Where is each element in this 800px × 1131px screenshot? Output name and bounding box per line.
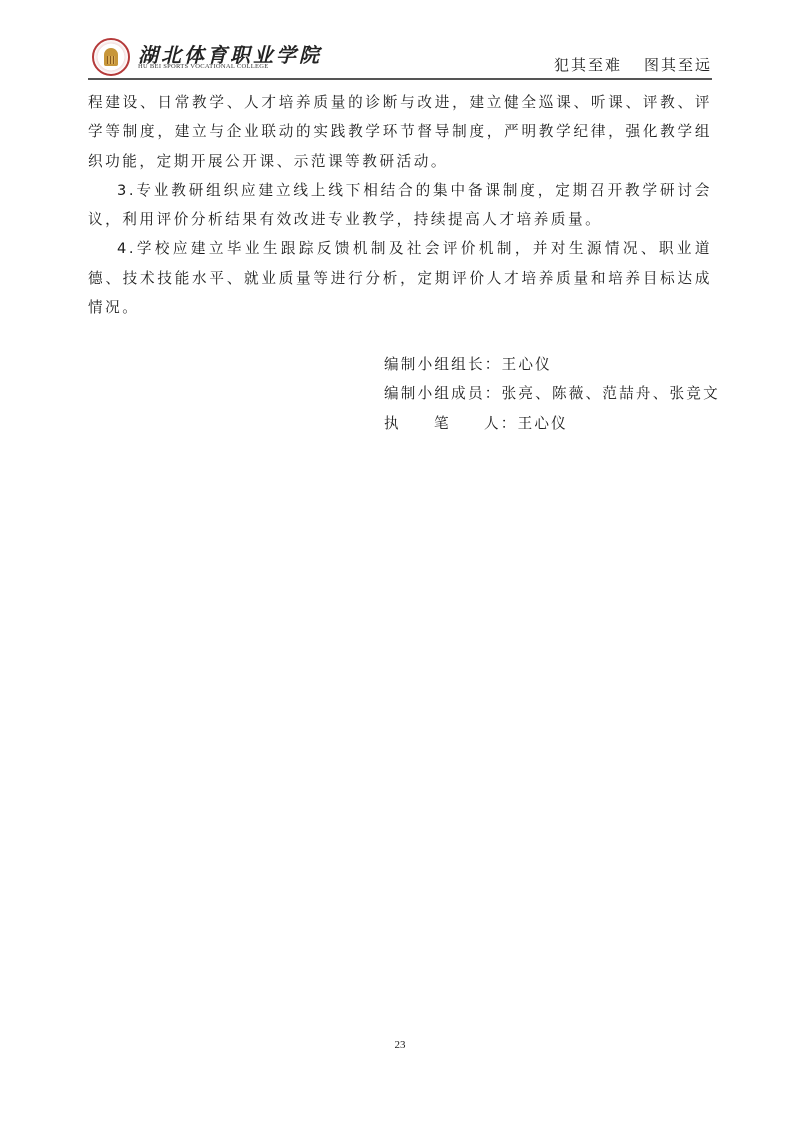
- writer-name: 王心仪: [518, 415, 568, 432]
- writer-label-char-3: 人：: [484, 415, 518, 432]
- group-members-names: 张亮、陈薇、范喆舟、张竞文: [502, 385, 720, 402]
- header-motto: 犯其至难图其至远: [554, 54, 712, 75]
- group-leader-line: 编制小组组长：王心仪: [384, 350, 720, 379]
- writer-label-char-1: 执: [384, 409, 434, 438]
- college-name-en: HU BEI SPORTS VOCATIONAL COLLEGE: [138, 63, 269, 70]
- building-emblem-icon: [104, 48, 118, 66]
- group-leader-name: 王心仪: [502, 356, 552, 373]
- paragraph-item-4: 4.学校应建立毕业生跟踪反馈机制及社会评价机制，并对生源情况、职业道德、技术技能…: [88, 234, 712, 322]
- group-members-line: 编制小组成员：张亮、陈薇、范喆舟、张竞文: [384, 379, 720, 408]
- paragraph-continued: 程建设、日常教学、人才培养质量的诊断与改进，建立健全巡课、听课、评教、评学等制度…: [88, 88, 712, 176]
- page-header: 湖北体育职业学院 HU BEI SPORTS VOCATIONAL COLLEG…: [88, 36, 712, 80]
- document-body: 程建设、日常教学、人才培养质量的诊断与改进，建立健全巡课、听课、评教、评学等制度…: [88, 88, 712, 322]
- writer-label-char-2: 笔: [434, 409, 484, 438]
- paragraph-item-3: 3.专业教研组织应建立线上线下相结合的集中备课制度，定期召开教学研讨会议，利用评…: [88, 176, 712, 235]
- motto-part-2: 图其至远: [644, 56, 712, 74]
- signature-block: 编制小组组长：王心仪 编制小组成员：张亮、陈薇、范喆舟、张竞文 执笔人：王心仪: [384, 350, 720, 438]
- college-seal-icon: [92, 38, 130, 76]
- group-leader-label: 编制小组组长：: [384, 356, 502, 373]
- writer-line: 执笔人：王心仪: [384, 409, 720, 438]
- motto-part-1: 犯其至难: [554, 56, 622, 74]
- page-number: 23: [0, 1039, 800, 1051]
- group-members-label: 编制小组成员：: [384, 385, 502, 402]
